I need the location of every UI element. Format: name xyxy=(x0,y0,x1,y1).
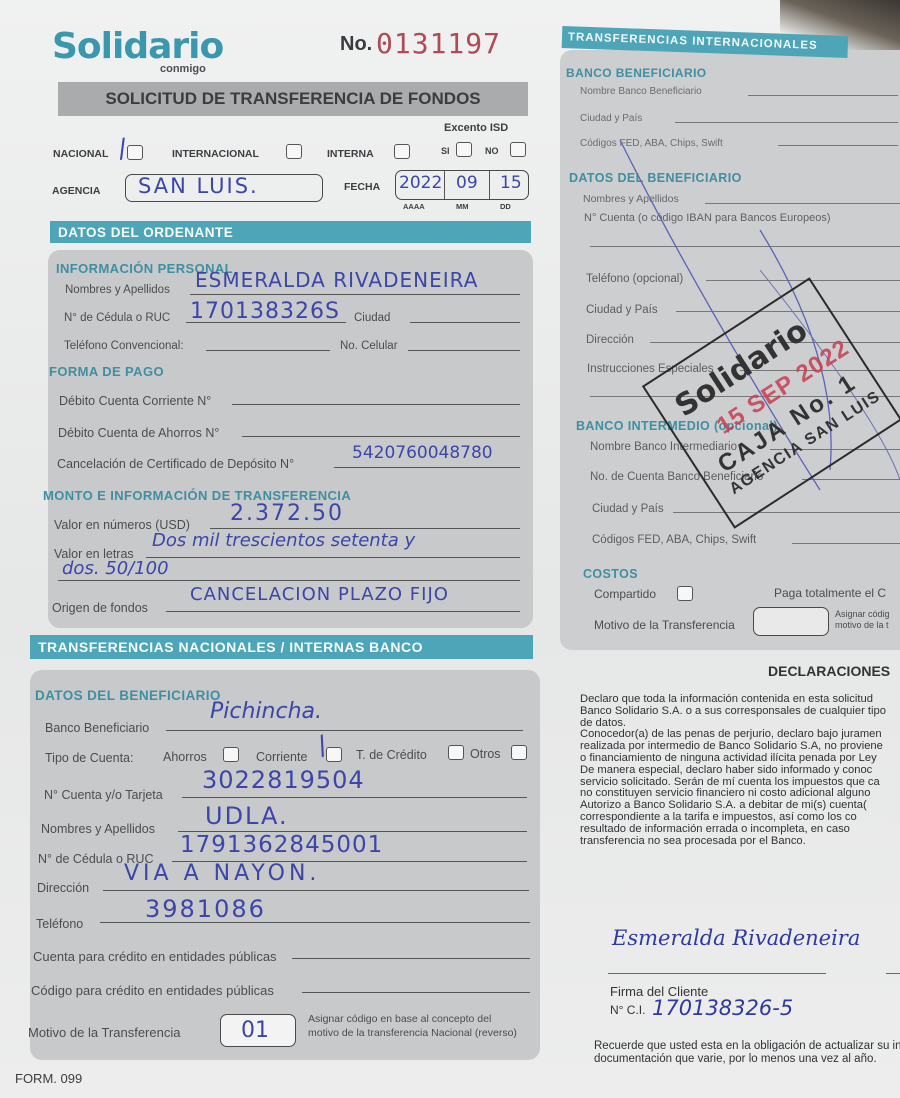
declaracion-line: transferencia no sea procesada por el Ba… xyxy=(580,836,900,848)
signature-line xyxy=(608,973,826,974)
declaracion-line: De manera especial, declaro haber sido i… xyxy=(580,765,900,777)
ci-value[interactable]: 170138326-5 xyxy=(652,996,793,1020)
declaraciones-text: Declaro que toda la información contenid… xyxy=(580,694,900,847)
signature-line-2 xyxy=(886,973,900,974)
reminder-line-1: Recuerde que usted esta en la obligación… xyxy=(594,1040,900,1052)
declaracion-line: resultado de información errada o incomp… xyxy=(580,824,900,836)
reminder-line-2: documentación que varie, por lo menos un… xyxy=(594,1053,877,1065)
declaracion-line: Banco Solidario S.A. o a sus corresponsa… xyxy=(580,706,900,718)
client-signature: Esmeralda Rivadeneira xyxy=(612,926,860,950)
declaracion-line: correspondiente a la tarifa e impuestos,… xyxy=(580,812,900,824)
ci-label: N° C.I. xyxy=(610,1003,645,1017)
declaraciones-heading: DECLARACIONES xyxy=(768,663,890,679)
declaracion-line: o financiamiento de ninguna actividad il… xyxy=(580,753,900,765)
